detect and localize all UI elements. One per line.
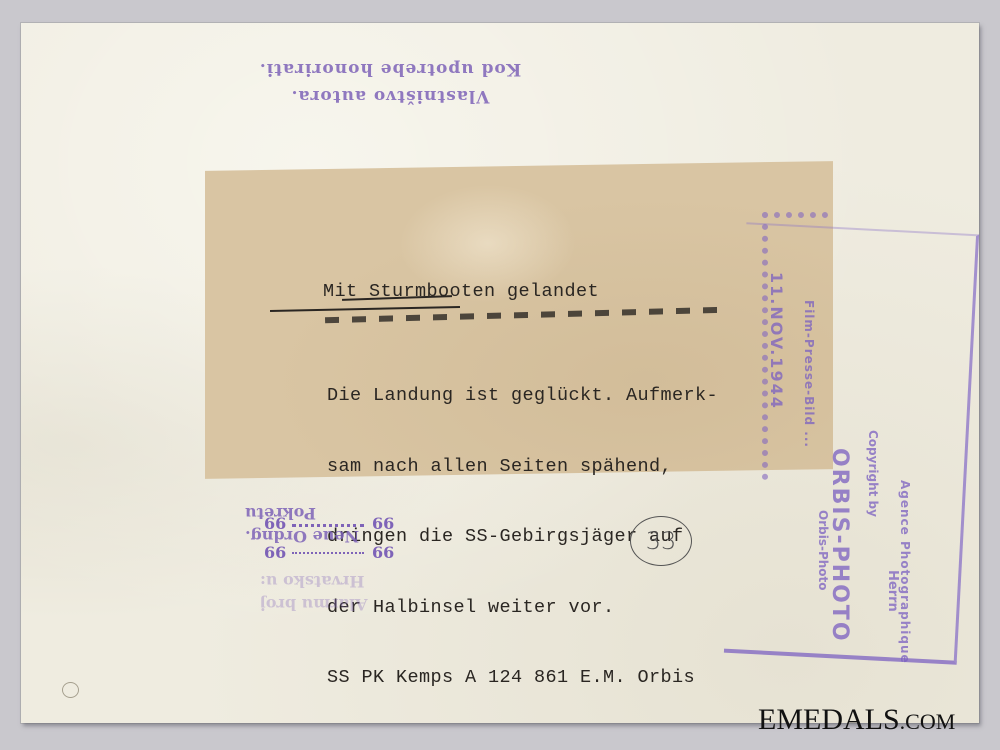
faded-stamp-line: Hrvatsko u: [260,570,480,593]
quote-mark: 66 [372,543,394,562]
caption-title: Mit Sturmbooten gelandet [323,280,599,304]
watermark: EMEDALS.COM [758,703,955,737]
quote-mark: 66 [264,543,286,562]
caption-line: Die Landung ist geglückt. Aufmerk- [327,384,718,408]
quote-mark: 66 [372,514,394,533]
watermark-suffix: .COM [900,709,956,734]
dotted-line [292,524,364,527]
orbis-photo-stamp: ORBIS-PHOTO [827,448,852,643]
quote-mark: 66 [264,514,286,533]
faded-stamp-lines: Alarmu broj Hrvatsko u: [260,570,480,616]
agency-stamp-line: Copyright by [866,430,880,517]
agency-stamp-line: Orbis-Photo [816,510,830,591]
dotted-line [292,552,364,554]
stain-ring [62,682,79,698]
agency-stamp-line: Herrn [885,570,900,612]
caption-line: sam nach allen Seiten spähend, [327,455,718,479]
faded-stamp-line: Alarmu broj [260,593,480,616]
agency-stamp-line: Agence Photographique [898,480,912,664]
pencil-number: 33 [630,516,692,566]
ownership-stamp-line-1: Vlastništvo autora. [225,82,555,109]
caption-line: SS PK Kemps A 124 861 E.M. Orbis [327,666,718,690]
watermark-main: EMEDALS [758,703,900,736]
ownership-stamp-line-2: Kod upotrebe honorirati. [225,55,555,82]
ownership-stamp: Vlastništvo autora. Kod upotrebe honorir… [225,55,555,109]
